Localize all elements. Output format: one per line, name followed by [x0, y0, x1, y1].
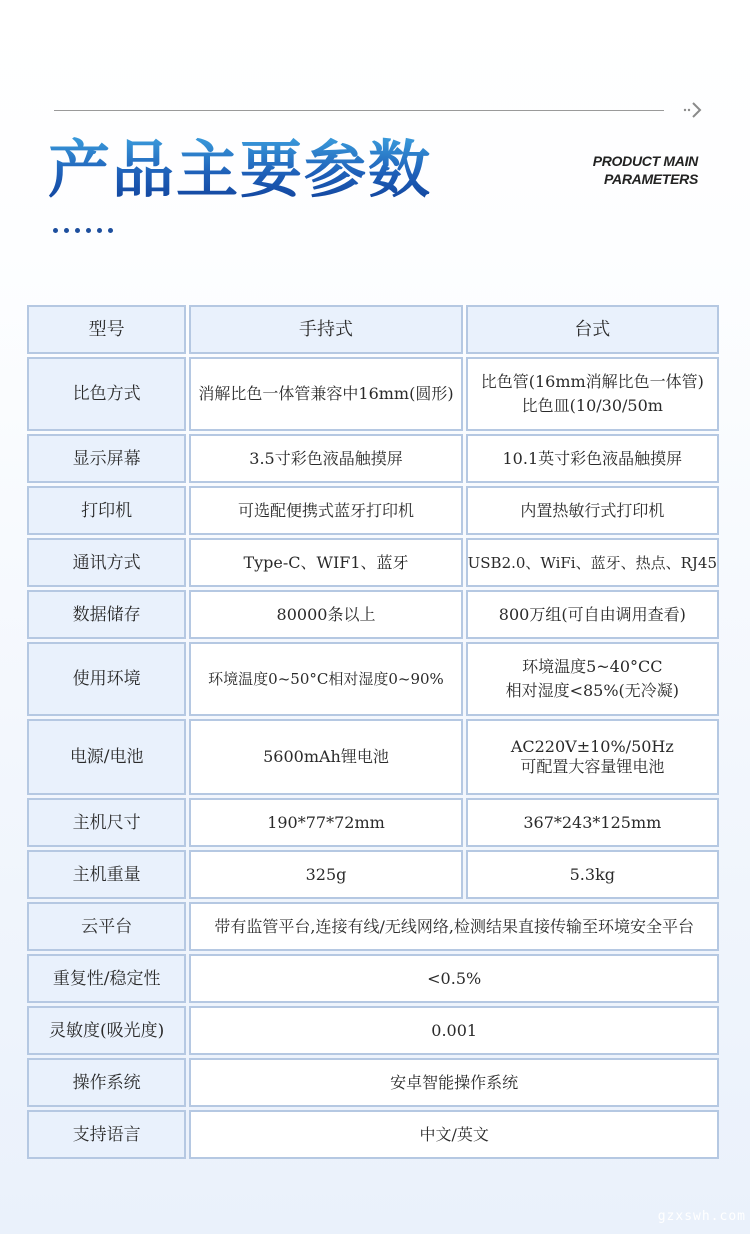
table-row: 主机重量 325g 5.3kg [27, 850, 719, 899]
row-label: 打印机 [27, 486, 186, 535]
english-title-line-2: PARAMETERS [593, 170, 698, 188]
row-label: 数据储存 [27, 590, 186, 639]
table-row: 打印机 可选配便携式蓝牙打印机 内置热敏行式打印机 [27, 486, 719, 535]
table-row: 通讯方式 Type-C、WIF1、蓝牙 USB2.0、WiFi、蓝牙、热点、RJ… [27, 538, 719, 587]
table-row: 灵敏度(吸光度) 0.001 [27, 1006, 719, 1055]
page-title: 产品主要参数 [48, 132, 432, 208]
table-row: 使用环境 环境温度0~50°C相对湿度0~90% 环境温度5~40°CC 相对湿… [27, 642, 719, 716]
table-row: 操作系统 安卓智能操作系统 [27, 1058, 719, 1107]
handheld-value: Type-C、WIF1、蓝牙 [189, 538, 462, 587]
handheld-value: 190*77*72mm [189, 798, 462, 847]
desktop-value: 内置热敏行式打印机 [466, 486, 719, 535]
row-label: 主机尺寸 [27, 798, 186, 847]
table-row: 数据储存 80000条以上 800万组(可自由调用查看) [27, 590, 719, 639]
table-row: 云平台 带有监管平台,连接有线/无线网络,检测结果直接传输至环境安全平台 [27, 902, 719, 951]
table-row: 电源/电池 5600mAh锂电池 AC220V±10%/50Hz 可配置大容量锂… [27, 719, 719, 795]
dot-icon [75, 228, 80, 233]
row-label: 云平台 [27, 902, 186, 951]
desktop-value: 比色管(16mm消解比色一体管) 比色皿(10/30/50m [466, 357, 719, 431]
merged-value: 中文/英文 [189, 1110, 719, 1159]
handheld-value: 80000条以上 [189, 590, 462, 639]
decorative-dots [53, 228, 113, 233]
dot-icon [86, 228, 91, 233]
watermark: gzxswh.com [658, 1209, 746, 1224]
desktop-value: 800万组(可自由调用查看) [466, 590, 719, 639]
row-label: 比色方式 [27, 357, 186, 431]
table-row: 比色方式 消解比色一体管兼容中16mm(圆形) 比色管(16mm消解比色一体管)… [27, 357, 719, 431]
handheld-value: 5600mAh锂电池 [189, 719, 462, 795]
page-title-english: PRODUCT MAIN PARAMETERS [593, 152, 698, 188]
table-row: 重复性/稳定性 <0.5% [27, 954, 719, 1003]
merged-value: <0.5% [189, 954, 719, 1003]
desktop-value-line-1: AC220V±10%/50Hz [472, 737, 713, 757]
row-label: 支持语言 [27, 1110, 186, 1159]
parameters-table: 型号 手持式 台式 比色方式 消解比色一体管兼容中16mm(圆形) 比色管(16… [24, 302, 722, 1162]
desktop-value-line-2: 相对湿度<85%(无冷凝) [472, 679, 713, 703]
desktop-value-line-2: 比色皿(10/30/50m [472, 394, 713, 418]
header-cell-desktop: 台式 [466, 305, 719, 354]
row-label: 重复性/稳定性 [27, 954, 186, 1003]
desktop-value: 环境温度5~40°CC 相对湿度<85%(无冷凝) [466, 642, 719, 716]
handheld-value: 3.5寸彩色液晶触摸屏 [189, 434, 462, 483]
desktop-value: 367*243*125mm [466, 798, 719, 847]
row-label: 通讯方式 [27, 538, 186, 587]
header-divider-line [54, 110, 664, 111]
desktop-value-line-1: 比色管(16mm消解比色一体管) [472, 370, 713, 394]
merged-value: 安卓智能操作系统 [189, 1058, 719, 1107]
merged-value: 0.001 [189, 1006, 719, 1055]
row-label: 显示屏幕 [27, 434, 186, 483]
table-row: 显示屏幕 3.5寸彩色液晶触摸屏 10.1英寸彩色液晶触摸屏 [27, 434, 719, 483]
row-label: 操作系统 [27, 1058, 186, 1107]
table-row: 主机尺寸 190*77*72mm 367*243*125mm [27, 798, 719, 847]
dot-icon [64, 228, 69, 233]
handheld-value: 消解比色一体管兼容中16mm(圆形) [189, 357, 462, 431]
handheld-value: 环境温度0~50°C相对湿度0~90% [189, 642, 462, 716]
row-label: 灵敏度(吸光度) [27, 1006, 186, 1055]
dot-icon [97, 228, 102, 233]
handheld-value: 325g [189, 850, 462, 899]
desktop-value: USB2.0、WiFi、蓝牙、热点、RJ45 [466, 538, 719, 587]
header-cell-handheld: 手持式 [189, 305, 462, 354]
desktop-value: 5.3kg [466, 850, 719, 899]
desktop-value: 10.1英寸彩色液晶触摸屏 [466, 434, 719, 483]
table-header-row: 型号 手持式 台式 [27, 305, 719, 354]
desktop-value-line-2: 可配置大容量锂电池 [472, 757, 713, 777]
dot-icon [53, 228, 58, 233]
double-chevron-right-icon [682, 99, 704, 121]
header-cell-model: 型号 [27, 305, 186, 354]
desktop-value: AC220V±10%/50Hz 可配置大容量锂电池 [466, 719, 719, 795]
row-label: 主机重量 [27, 850, 186, 899]
merged-value: 带有监管平台,连接有线/无线网络,检测结果直接传输至环境安全平台 [189, 902, 719, 951]
english-title-line-1: PRODUCT MAIN [593, 152, 698, 170]
handheld-value: 可选配便携式蓝牙打印机 [189, 486, 462, 535]
dot-icon [108, 228, 113, 233]
row-label: 使用环境 [27, 642, 186, 716]
row-label: 电源/电池 [27, 719, 186, 795]
table-row: 支持语言 中文/英文 [27, 1110, 719, 1159]
desktop-value-line-1: 环境温度5~40°CC [472, 655, 713, 679]
